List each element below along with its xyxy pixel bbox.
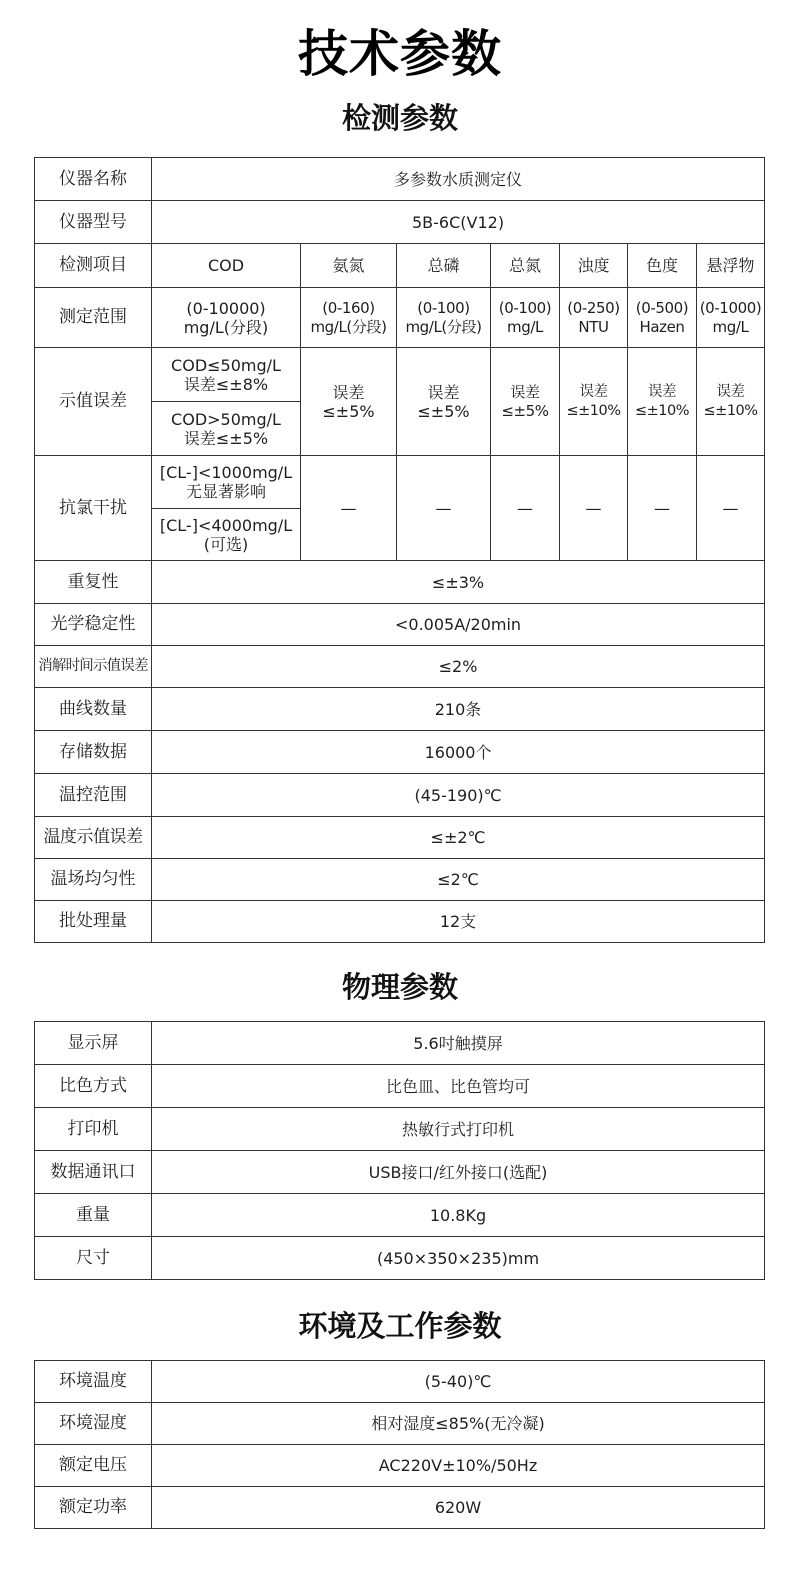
row-value: 12支 (152, 901, 765, 943)
row-label: 打印机 (35, 1108, 152, 1151)
row-value: (5-40)℃ (152, 1361, 765, 1403)
row-value: (45-190)℃ (152, 774, 765, 817)
table-row: 数据通讯口 USB接口/红外接口(选配) (35, 1151, 765, 1194)
row-label: 存储数据 (35, 731, 152, 774)
environment-params-table: 环境温度 (5-40)℃ 环境湿度 相对湿度≤85%(无冷凝) 额定电压 AC2… (34, 1360, 765, 1529)
item-ammonia: 氨氮 (301, 244, 397, 288)
item-turbidity: 浊度 (560, 244, 628, 288)
table-row: 温度示值误差 ≤±2℃ (35, 817, 765, 859)
error-ammonia: 误差≤±5% (301, 348, 397, 456)
row-label: 重量 (35, 1194, 152, 1237)
table-row: 重复性 ≤±3% (35, 561, 765, 604)
row-value: ≤2% (152, 646, 765, 688)
row-value: ≤2℃ (152, 859, 765, 901)
item-total-phosphorus: 总磷 (397, 244, 491, 288)
chlorine-total-phosphorus: — (397, 456, 491, 561)
row-label: 示值误差 (35, 348, 152, 456)
item-total-nitrogen: 总氮 (491, 244, 560, 288)
row-label: 温场均匀性 (35, 859, 152, 901)
chlorine-total-nitrogen: — (491, 456, 560, 561)
cod-error-high: COD>50mg/L误差≤±5% (152, 402, 301, 456)
row-value: 16000个 (152, 731, 765, 774)
row-label: 重复性 (35, 561, 152, 604)
table-row: 存储数据 16000个 (35, 731, 765, 774)
row-label: 尺寸 (35, 1237, 152, 1280)
section-heading-environment: 环境及工作参数 (0, 1306, 800, 1346)
row-label: 测定范围 (35, 288, 152, 348)
physical-params-table: 显示屏 5.6吋触摸屏 比色方式 比色皿、比色管均可 打印机 热敏行式打印机 数… (34, 1021, 765, 1280)
row-value: 5.6吋触摸屏 (152, 1022, 765, 1065)
chlorine-color: — (628, 456, 697, 561)
table-row: 检测项目 COD 氨氮 总磷 总氮 浊度 色度 悬浮物 (35, 244, 765, 288)
row-value: 比色皿、比色管均可 (152, 1065, 765, 1108)
table-row: 比色方式 比色皿、比色管均可 (35, 1065, 765, 1108)
item-color: 色度 (628, 244, 697, 288)
row-value: 10.8Kg (152, 1194, 765, 1237)
row-label: 额定功率 (35, 1487, 152, 1529)
chlorine-suspended-solids: — (697, 456, 765, 561)
table-row: 显示屏 5.6吋触摸屏 (35, 1022, 765, 1065)
cod-error-low: COD≤50mg/L误差≤±8% (152, 348, 301, 402)
row-label: 抗氯干扰 (35, 456, 152, 561)
detection-params-table: 仪器名称 多参数水质测定仪 仪器型号 5B-6C(V12) 检测项目 COD 氨… (34, 157, 765, 943)
section-heading-detection: 检测参数 (0, 98, 800, 138)
row-label: 比色方式 (35, 1065, 152, 1108)
row-label: 环境湿度 (35, 1403, 152, 1445)
item-suspended-solids: 悬浮物 (697, 244, 765, 288)
row-label: 消解时间示值误差 (35, 646, 152, 688)
range-suspended-solids: (0-1000)mg/L (697, 288, 765, 348)
table-row: 曲线数量 210条 (35, 688, 765, 731)
row-label: 额定电压 (35, 1445, 152, 1487)
table-row: 示值误差 COD≤50mg/L误差≤±8% 误差≤±5% 误差≤±5% 误差≤±… (35, 348, 765, 402)
row-label: 显示屏 (35, 1022, 152, 1065)
row-value: 多参数水质测定仪 (152, 158, 765, 201)
row-label: 数据通讯口 (35, 1151, 152, 1194)
table-row: 环境温度 (5-40)℃ (35, 1361, 765, 1403)
range-total-phosphorus: (0-100)mg/L(分段) (397, 288, 491, 348)
row-value: ≤±3% (152, 561, 765, 604)
row-value: <0.005A/20min (152, 604, 765, 646)
row-value: (450×350×235)mm (152, 1237, 765, 1280)
error-total-nitrogen: 误差≤±5% (491, 348, 560, 456)
table-row: 额定电压 AC220V±10%/50Hz (35, 1445, 765, 1487)
row-value: ≤±2℃ (152, 817, 765, 859)
table-row: 温场均匀性 ≤2℃ (35, 859, 765, 901)
row-label: 光学稳定性 (35, 604, 152, 646)
row-value: 热敏行式打印机 (152, 1108, 765, 1151)
table-row: 尺寸 (450×350×235)mm (35, 1237, 765, 1280)
table-row: 温控范围 (45-190)℃ (35, 774, 765, 817)
table-row: 额定功率 620W (35, 1487, 765, 1529)
table-row: 重量 10.8Kg (35, 1194, 765, 1237)
row-label: 批处理量 (35, 901, 152, 943)
chlorine-turbidity: — (560, 456, 628, 561)
table-row: 光学稳定性 <0.005A/20min (35, 604, 765, 646)
error-color: 误差≤±10% (628, 348, 697, 456)
table-row: 仪器名称 多参数水质测定仪 (35, 158, 765, 201)
range-total-nitrogen: (0-100)mg/L (491, 288, 560, 348)
range-ammonia: (0-160)mg/L(分段) (301, 288, 397, 348)
row-value: 相对湿度≤85%(无冷凝) (152, 1403, 765, 1445)
table-row: 测定范围 (0-10000)mg/L(分段) (0-160)mg/L(分段) (… (35, 288, 765, 348)
range-color: (0-500)Hazen (628, 288, 697, 348)
row-label: 温控范围 (35, 774, 152, 817)
row-label: 温度示值误差 (35, 817, 152, 859)
row-value: USB接口/红外接口(选配) (152, 1151, 765, 1194)
range-cod: (0-10000)mg/L(分段) (152, 288, 301, 348)
row-value: 210条 (152, 688, 765, 731)
error-turbidity: 误差≤±10% (560, 348, 628, 456)
error-total-phosphorus: 误差≤±5% (397, 348, 491, 456)
cod-chlorine-4000: [CL-]<4000mg/L(可选) (152, 509, 301, 561)
table-row: 仪器型号 5B-6C(V12) (35, 201, 765, 244)
row-value: 620W (152, 1487, 765, 1529)
table-row: 环境湿度 相对湿度≤85%(无冷凝) (35, 1403, 765, 1445)
range-turbidity: (0-250)NTU (560, 288, 628, 348)
chlorine-ammonia: — (301, 456, 397, 561)
section-heading-physical: 物理参数 (0, 967, 800, 1007)
row-label: 环境温度 (35, 1361, 152, 1403)
table-row: 抗氯干扰 [CL-]<1000mg/L无显著影响 — — — — — — (35, 456, 765, 509)
item-cod: COD (152, 244, 301, 288)
row-label: 曲线数量 (35, 688, 152, 731)
table-row: 打印机 热敏行式打印机 (35, 1108, 765, 1151)
page-title: 技术参数 (0, 22, 800, 86)
row-label: 仪器型号 (35, 201, 152, 244)
row-label: 仪器名称 (35, 158, 152, 201)
cod-chlorine-1000: [CL-]<1000mg/L无显著影响 (152, 456, 301, 509)
error-suspended-solids: 误差≤±10% (697, 348, 765, 456)
row-value: 5B-6C(V12) (152, 201, 765, 244)
row-label: 检测项目 (35, 244, 152, 288)
table-row: 消解时间示值误差 ≤2% (35, 646, 765, 688)
row-value: AC220V±10%/50Hz (152, 1445, 765, 1487)
table-row: 批处理量 12支 (35, 901, 765, 943)
